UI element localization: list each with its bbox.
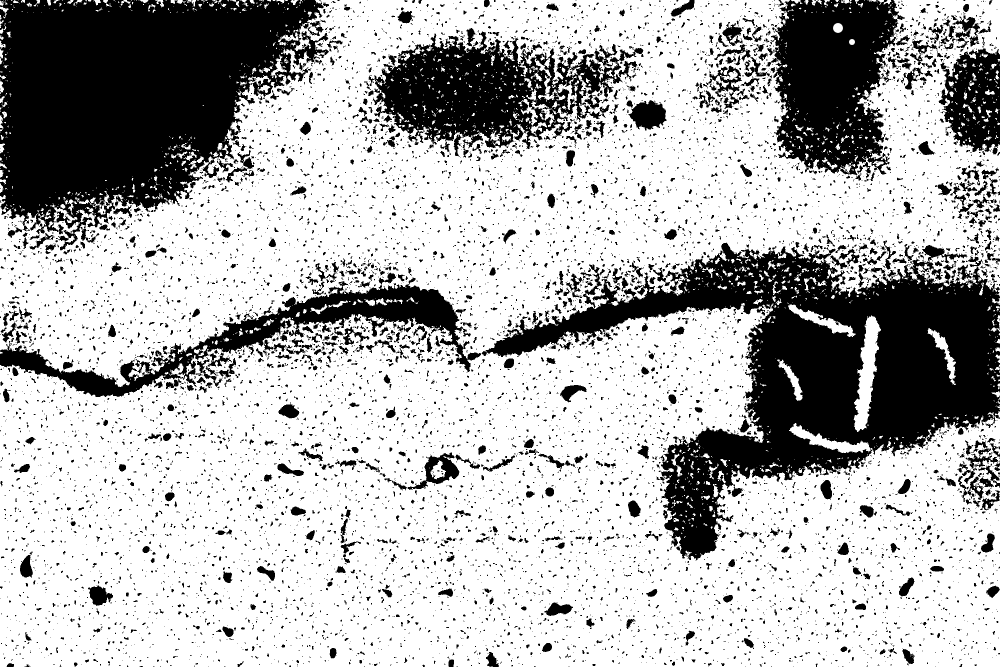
pinhole <box>849 39 855 45</box>
grunge-texture-figure <box>0 0 1000 667</box>
grunge-texture-image <box>0 0 1000 667</box>
pinhole <box>833 23 843 33</box>
